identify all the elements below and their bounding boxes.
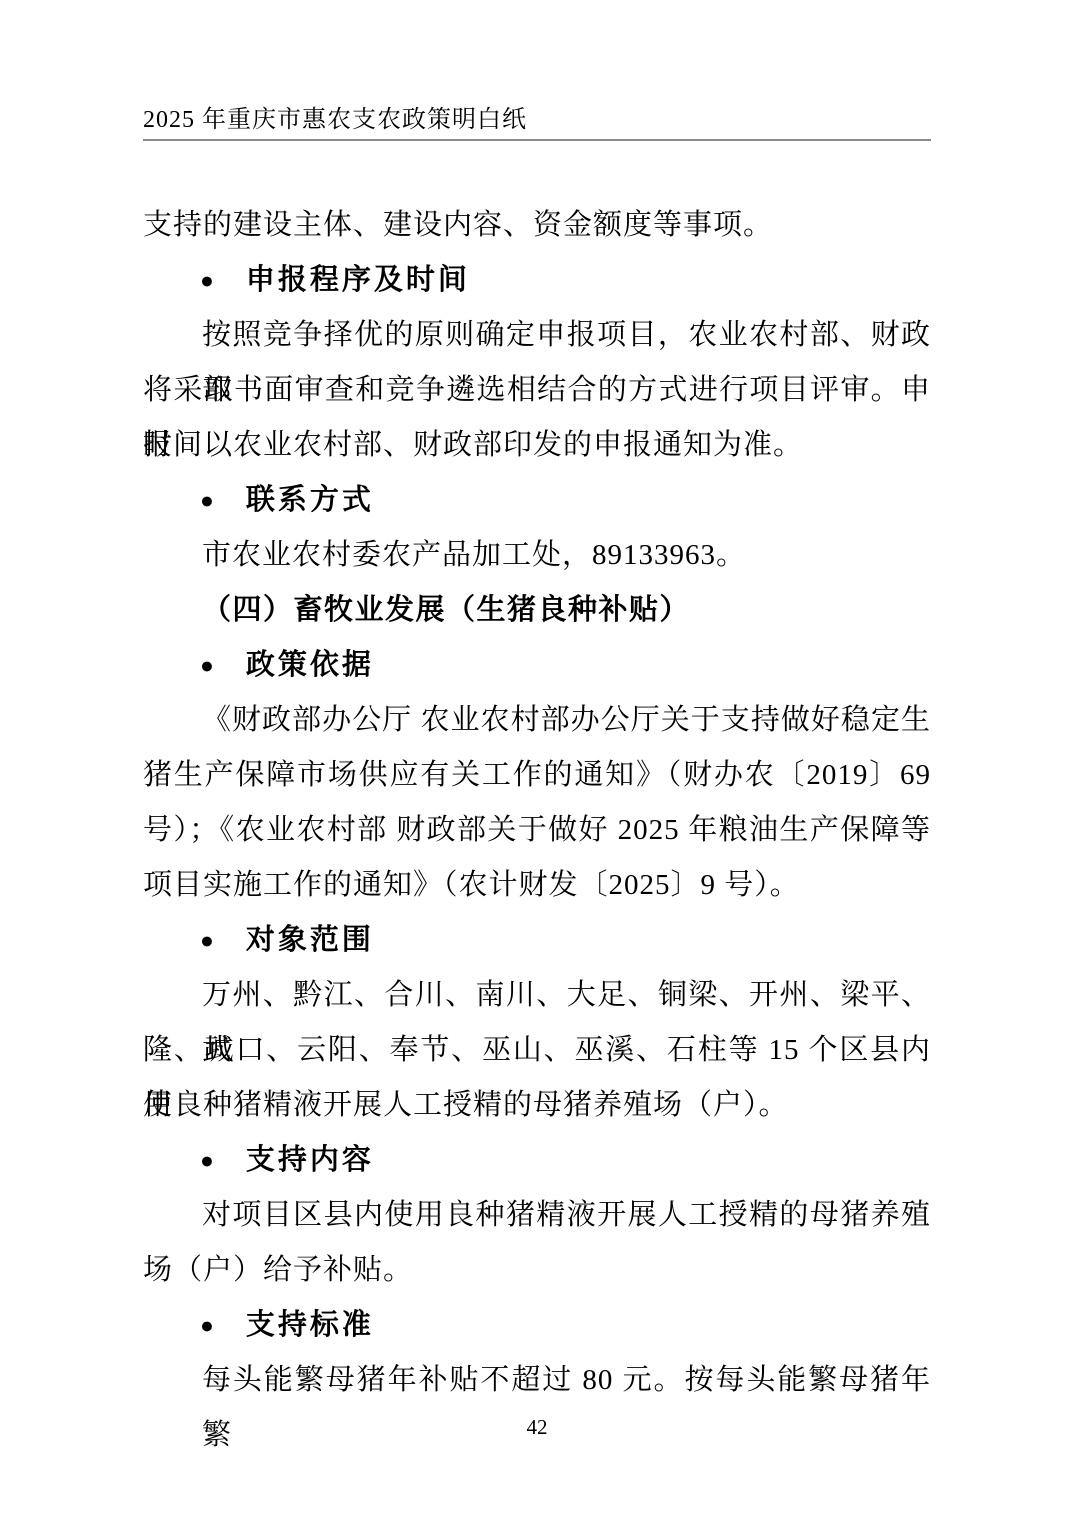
text-line: 将采取书面审查和竞争遴选相结合的方式进行项目评审。申报: [143, 363, 931, 418]
page-header-title: 2025 年重庆市惠农支农政策明白纸: [143, 99, 527, 134]
text-line: 市农业农村委农产品加工处，89133963。: [143, 528, 931, 583]
bullet-heading-line: ●申报程序及时间: [143, 253, 931, 308]
section-heading-line: （四）畜牧业发展（生猪良种补贴）: [143, 583, 931, 638]
bullet-icon: ●: [200, 638, 214, 693]
bullet-heading-line: ●支持标准: [143, 1298, 931, 1353]
text-line: 隆、城口、云阳、奉节、巫山、巫溪、石柱等 15 个区县内使: [143, 1023, 931, 1078]
bullet-icon: ●: [200, 473, 214, 528]
bullet-heading-text: 支持标准: [246, 1309, 374, 1341]
document-page: 2025 年重庆市惠农支农政策明白纸 支持的建设主体、建设内容、资金额度等事项。…: [0, 0, 1074, 1520]
text-line: 号）；《农业农村部 财政部关于做好 2025 年粮油生产保障等: [143, 803, 931, 858]
text-line: 万州、黔江、合川、南川、大足、铜梁、开州、梁平、武: [143, 968, 931, 1023]
text-line: 场（户）给予补贴。: [143, 1243, 931, 1298]
text-line: 项目实施工作的通知》（农计财发〔2025〕9 号）。: [143, 858, 931, 913]
bullet-heading-line: ●对象范围: [143, 913, 931, 968]
text-line: 用良种猪精液开展人工授精的母猪养殖场（户）。: [143, 1078, 931, 1133]
bullet-heading-line: ●支持内容: [143, 1133, 931, 1188]
bullet-heading-text: 政策依据: [246, 649, 374, 681]
bullet-heading-text: 联系方式: [246, 484, 374, 516]
page-number: 42: [0, 1412, 1074, 1442]
bullet-heading-text: 对象范围: [246, 924, 374, 956]
bullet-icon: ●: [200, 913, 214, 968]
text-line: 按照竞争择优的原则确定申报项目，农业农村部、财政部: [143, 308, 931, 363]
bullet-heading-line: ●政策依据: [143, 638, 931, 693]
bullet-heading-text: 支持内容: [246, 1144, 374, 1176]
bullet-icon: ●: [200, 1298, 214, 1353]
text-line: 时间以农业农村部、财政部印发的申报通知为准。: [143, 418, 931, 473]
bullet-heading-text: 申报程序及时间: [246, 264, 470, 296]
text-line: 支持的建设主体、建设内容、资金额度等事项。: [143, 198, 931, 253]
text-line: 《财政部办公厅 农业农村部办公厅关于支持做好稳定生: [143, 693, 931, 748]
bullet-icon: ●: [200, 253, 214, 308]
text-line: 每头能繁母猪年补贴不超过 80 元。按每头能繁母猪年繁: [143, 1353, 931, 1408]
header-divider-rule: [143, 139, 931, 141]
content-lines: 支持的建设主体、建设内容、资金额度等事项。●申报程序及时间按照竞争择优的原则确定…: [143, 198, 931, 1408]
text-line: 对项目区县内使用良种猪精液开展人工授精的母猪养殖: [143, 1188, 931, 1243]
bullet-heading-line: ●联系方式: [143, 473, 931, 528]
bullet-icon: ●: [200, 1133, 214, 1188]
text-line: 猪生产保障市场供应有关工作的通知》（财办农〔2019〕69: [143, 748, 931, 803]
